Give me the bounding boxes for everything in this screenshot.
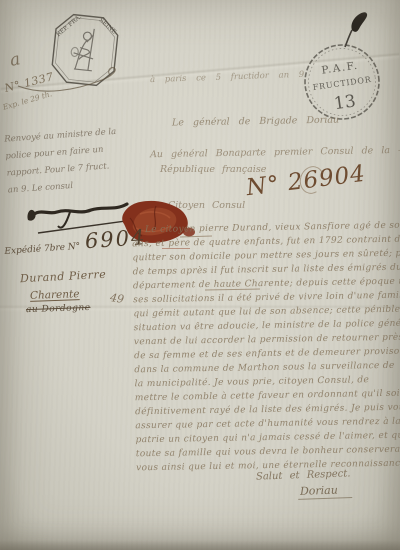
- closing-salute: Salut et Respect.: [256, 468, 351, 482]
- apostille-note: Renvoyé au ministre de la police pour en…: [4, 122, 140, 199]
- recipient-line: Au général Bonaparte premier Consul de l…: [150, 145, 400, 160]
- postmark-line3: 13: [333, 91, 357, 114]
- margin-mark: 49: [109, 291, 125, 306]
- closing-signature: Doriau: [298, 483, 352, 500]
- letter-body: Le citoyen pierre Durand, vieux Sansfior…: [132, 219, 400, 476]
- dispatch-prefix: Expédié 7bre N°: [4, 242, 80, 257]
- fiscal-stamp-arc-right-label: SEINE: [98, 17, 118, 36]
- postmark-stamp: P.A.F. FRUCTIDOR 13: [300, 40, 384, 124]
- margin-name: Durand Pierre: [20, 268, 107, 285]
- corner-initial: a: [8, 49, 22, 71]
- recipient-line2: République française: [160, 164, 266, 175]
- underline-mark: [162, 248, 190, 249]
- margin-struck-text: au Dordogne: [26, 303, 91, 315]
- sender-line: Le général de Brigade Doriau: [172, 115, 339, 129]
- manuscript-page: REP. FRA. SEINE a N° 1337 Exp. le 29 th.…: [0, 0, 400, 550]
- bottom-edge-shadow: [0, 540, 400, 550]
- margin-department: Charente: [30, 288, 80, 302]
